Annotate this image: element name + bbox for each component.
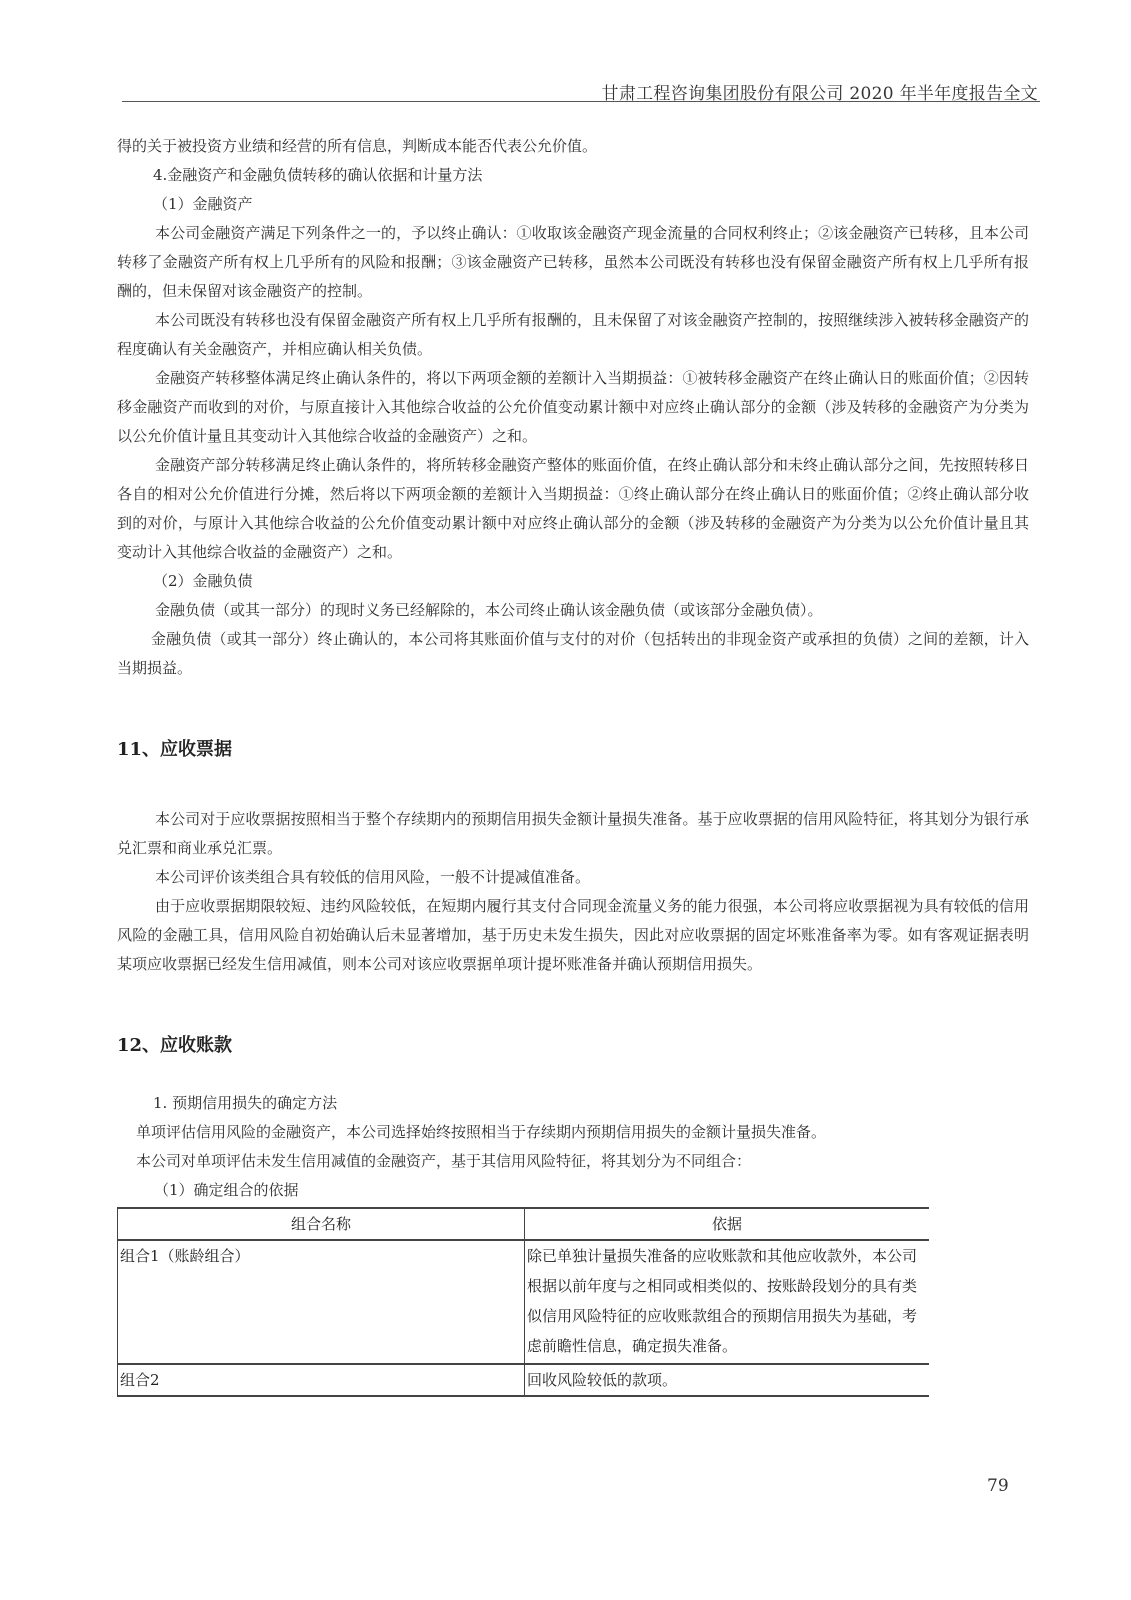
- paragraph-individual-assessment: 单项评估信用风险的金融资产，本公司选择始终按照相当于存续期内预期信用损失的金额计…: [117, 1118, 1029, 1147]
- table-header-row: 组合名称 依据: [118, 1208, 930, 1240]
- spacer: [117, 683, 1029, 735]
- spacer: [117, 979, 1029, 1031]
- cell-basis: 回收风险较低的款项。: [524, 1364, 929, 1396]
- paragraph-notes-classification: 本公司对于应收票据按照相当于整个存续期内的预期信用损失金额计量损失准备。基于应收…: [117, 805, 1029, 863]
- paragraph-notes-impairment: 由于应收票据期限较短、违约风险较低，在短期内履行其支付合同现金流量义务的能力很强…: [117, 892, 1029, 979]
- paragraph-notes-low-risk: 本公司评价该类组合具有较低的信用风险，一般不计提减值准备。: [117, 863, 1029, 892]
- cell-portfolio-name: 组合1（账龄组合）: [118, 1240, 525, 1364]
- paragraph-full-transfer: 金融资产转移整体满足终止确认条件的，将以下两项金额的差额计入当期损益：①被转移金…: [117, 364, 1029, 451]
- paragraph-continuing-involvement: 本公司既没有转移也没有保留金融资产所有权上几乎所有报酬的，且未保留了对该金融资产…: [117, 306, 1029, 364]
- paragraph-liability-gain-loss: 金融负债（或其一部分）终止确认的，本公司将其账面价值与支付的对价（包括转出的非现…: [117, 625, 1029, 683]
- section-heading-notes-receivable: 11、应收票据: [117, 735, 1029, 765]
- cell-portfolio-name: 组合2: [118, 1364, 525, 1396]
- page-number: 79: [987, 1476, 1009, 1496]
- column-header-portfolio-name: 组合名称: [118, 1208, 525, 1240]
- page-content: 得的关于被投资方业绩和经营的所有信息，判断成本能否代表公允价值。 4.金融资产和…: [117, 132, 1029, 1397]
- header-divider: [122, 101, 1040, 102]
- portfolio-basis-table: 组合名称 依据 组合1（账龄组合） 除已单独计量损失准备的应收账款和其他应收款外…: [117, 1207, 929, 1397]
- paragraph-asset-derecognition: 本公司金融资产满足下列条件之一的，予以终止确认：①收取该金融资产现金流量的合同权…: [117, 219, 1029, 306]
- paragraph-partial-transfer: 金融资产部分转移满足终止确认条件的，将所转移金融资产整体的账面价值，在终止确认部…: [117, 451, 1029, 567]
- carryover-paragraph: 得的关于被投资方业绩和经营的所有信息，判断成本能否代表公允价值。: [117, 132, 1029, 161]
- subheading-financial-assets: （1）金融资产: [117, 190, 1029, 219]
- paragraph-liability-discharge: 金融负债（或其一部分）的现时义务已经解除的，本公司终止确认该金融负债（或该部分金…: [117, 596, 1029, 625]
- table-caption: （1）确定组合的依据: [117, 1176, 1029, 1205]
- subheading-ecl-method: 1. 预期信用损失的确定方法: [117, 1089, 1029, 1118]
- cell-basis: 除已单独计量损失准备的应收账款和其他应收款外，本公司根据以前年度与之相同或相类似…: [524, 1240, 929, 1364]
- table-row: 组合2 回收风险较低的款项。: [118, 1364, 930, 1396]
- subheading-financial-liabilities: （2）金融负债: [117, 567, 1029, 596]
- paragraph-portfolio-grouping: 本公司对单项评估未发生信用减值的金融资产，基于其信用风险特征，将其划分为不同组合…: [117, 1147, 1029, 1176]
- spacer: [117, 765, 1029, 805]
- column-header-basis: 依据: [524, 1208, 929, 1240]
- subheading-transfer-recognition: 4.金融资产和金融负债转移的确认依据和计量方法: [117, 161, 1029, 190]
- spacer: [117, 1061, 1029, 1089]
- table-row: 组合1（账龄组合） 除已单独计量损失准备的应收账款和其他应收款外，本公司根据以前…: [118, 1240, 930, 1364]
- section-heading-accounts-receivable: 12、应收账款: [117, 1031, 1029, 1061]
